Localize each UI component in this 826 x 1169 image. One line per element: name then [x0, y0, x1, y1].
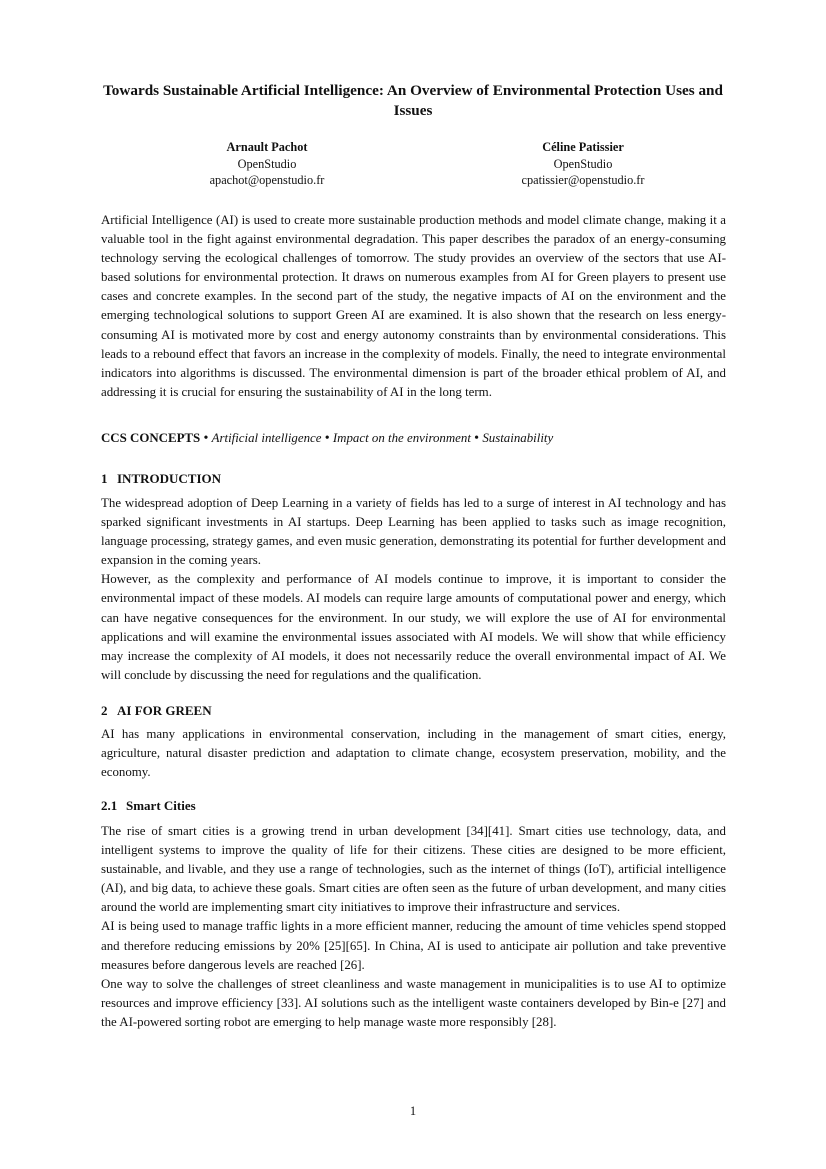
paper-page: Towards Sustainable Artificial Intellige…	[0, 0, 826, 1169]
section-body-smart-cities: The rise of smart cities is a growing tr…	[101, 822, 726, 1032]
section-body-introduction: The widespread adoption of Deep Learning…	[101, 494, 726, 685]
section-number: 2.1	[101, 797, 126, 815]
section-body-ai-for-green: AI has many applications in environmenta…	[101, 725, 726, 782]
section-title: Smart Cities	[126, 798, 196, 813]
section-title: AI FOR GREEN	[117, 703, 212, 718]
ccs-keyword: Impact on the environment	[333, 431, 471, 445]
abstract-text: Artificial Intelligence (AI) is used to …	[101, 211, 726, 402]
author-block: Céline Patissier OpenStudio cpatissier@o…	[463, 139, 703, 189]
subsection-heading-smart-cities: 2.1Smart Cities	[101, 797, 196, 815]
paragraph: However, as the complexity and performan…	[101, 570, 726, 685]
section-heading-ai-for-green: 2AI FOR GREEN	[101, 702, 212, 720]
paragraph: One way to solve the challenges of stree…	[101, 975, 726, 1032]
author-name: Céline Patissier	[463, 139, 703, 156]
ccs-label: CCS CONCEPTS	[101, 431, 200, 445]
author-affiliation: OpenStudio	[147, 156, 387, 173]
section-heading-introduction: 1INTRODUCTION	[101, 470, 221, 488]
ccs-keyword: Sustainability	[482, 431, 553, 445]
bullet-icon: •	[203, 431, 208, 446]
bullet-icon: •	[474, 431, 479, 446]
paragraph: The widespread adoption of Deep Learning…	[101, 494, 726, 570]
paragraph: The rise of smart cities is a growing tr…	[101, 822, 726, 917]
ccs-concepts: CCS CONCEPTS • Artificial intelligence •…	[101, 429, 553, 448]
page-number: 1	[403, 1103, 423, 1119]
bullet-icon: •	[325, 431, 330, 446]
ccs-keyword: Artificial intelligence	[212, 431, 322, 445]
author-email[interactable]: apachot@openstudio.fr	[147, 172, 387, 189]
section-number: 2	[101, 702, 117, 720]
author-name: Arnault Pachot	[147, 139, 387, 156]
paragraph: AI has many applications in environmenta…	[101, 725, 726, 782]
abstract: Artificial Intelligence (AI) is used to …	[101, 211, 726, 402]
author-email[interactable]: cpatissier@openstudio.fr	[463, 172, 703, 189]
author-block: Arnault Pachot OpenStudio apachot@openst…	[147, 139, 387, 189]
author-affiliation: OpenStudio	[463, 156, 703, 173]
paragraph: AI is being used to manage traffic light…	[101, 917, 726, 974]
section-number: 1	[101, 470, 117, 488]
section-title: INTRODUCTION	[117, 471, 221, 486]
paper-title: Towards Sustainable Artificial Intellige…	[90, 81, 736, 120]
